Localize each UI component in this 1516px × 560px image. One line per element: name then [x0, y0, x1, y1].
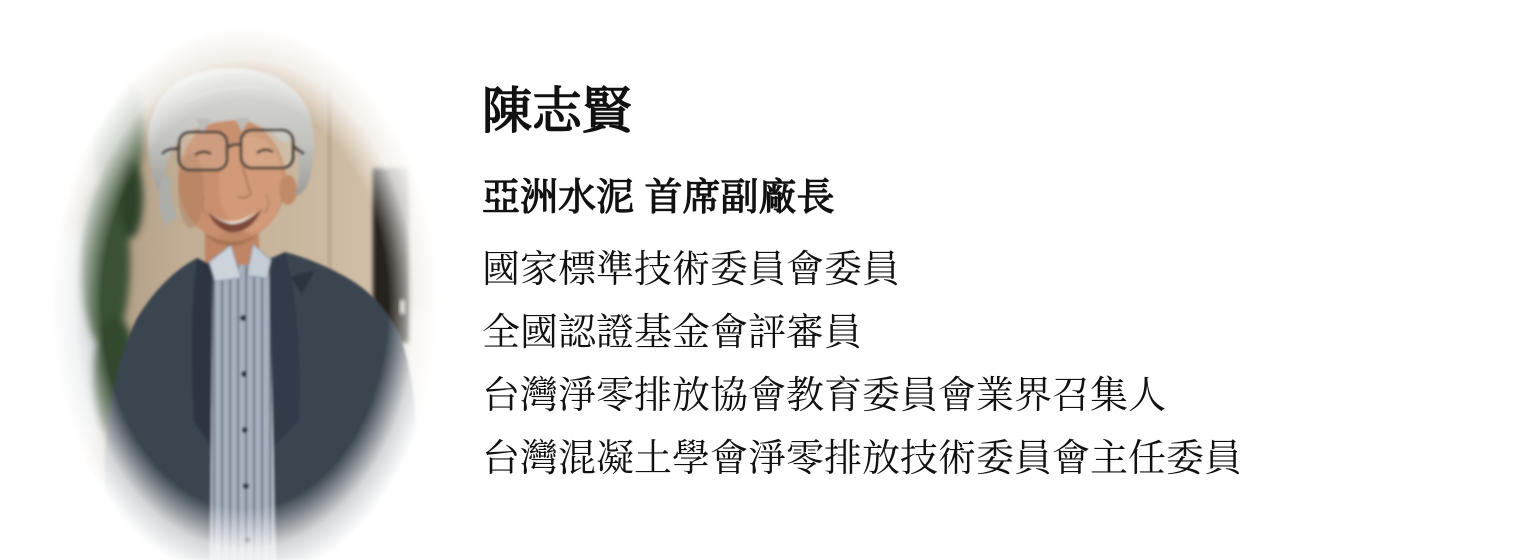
profile-positions-list: 國家標準技術委員會委員 全國認證基金會評審員 台灣淨零排放協會教育委員會業界召集… — [482, 239, 1242, 491]
profile-position-item: 全國認證基金會評審員 — [482, 302, 1242, 365]
profile-title: 亞洲水泥 首席副廠長 — [482, 178, 835, 220]
profile-name: 陳志賢 — [482, 84, 632, 139]
profile-position-item: 台灣混凝土學會淨零排放技術委員會主任委員 — [482, 428, 1242, 491]
profile-info: 陳志賢 亞洲水泥 首席副廠長 國家標準技術委員會委員 全國認證基金會評審員 台灣… — [482, 0, 1382, 560]
profile-photo — [45, 18, 445, 560]
profile-card: 陳志賢 亞洲水泥 首席副廠長 國家標準技術委員會委員 全國認證基金會評審員 台灣… — [0, 0, 1516, 560]
photo-feather-edge — [45, 18, 445, 560]
profile-position-item: 台灣淨零排放協會教育委員會業界召集人 — [482, 365, 1242, 428]
profile-position-item: 國家標準技術委員會委員 — [482, 239, 1242, 302]
